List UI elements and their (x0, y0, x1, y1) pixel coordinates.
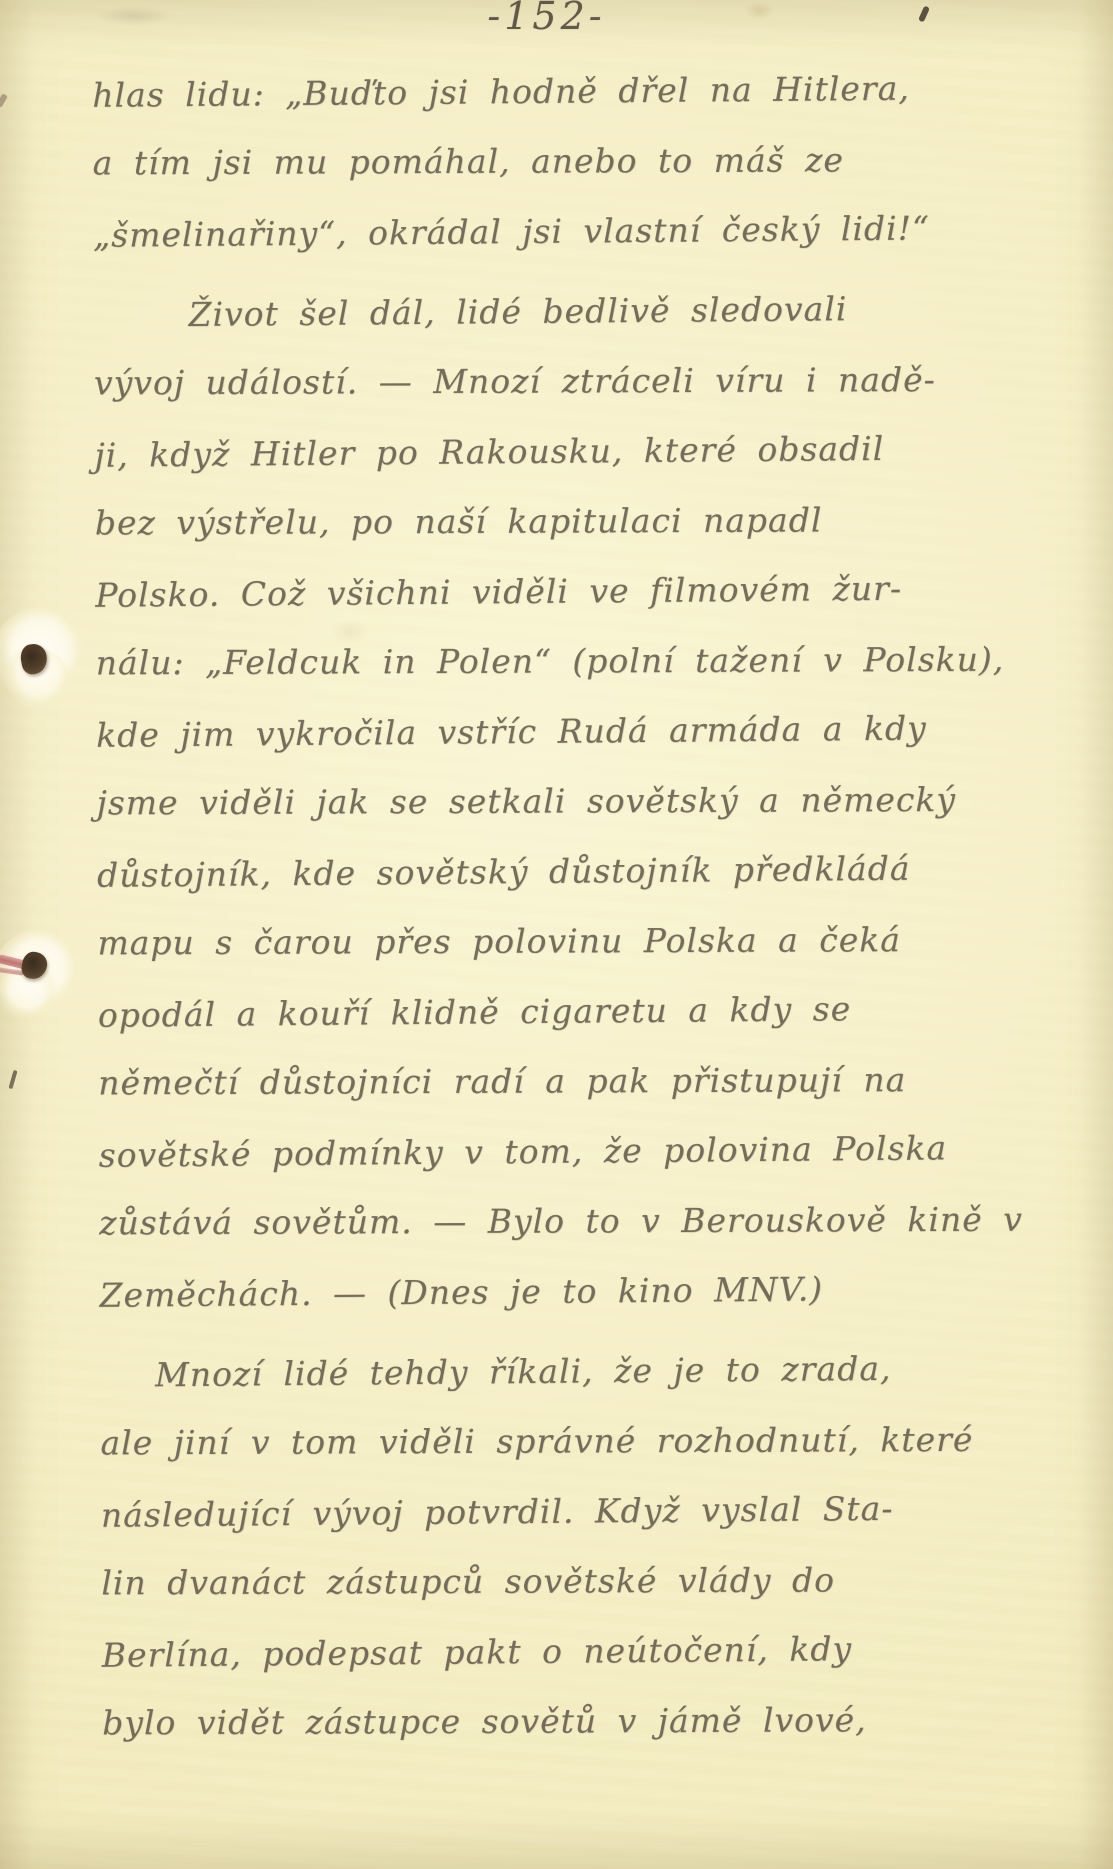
text-line: kde jim vykročila vstříc Rudá armáda a k… (96, 692, 1113, 771)
text-line: Berlína, podepsat pakt o neútočení, kdy (101, 1612, 1113, 1691)
text-line: následující vývoj potvrdil. Když vyslal … (101, 1472, 1113, 1551)
text-line: opodál a kouří klidně cigaretu a kdy se (98, 972, 1113, 1051)
text-line: Polsko. Což všichni viděli ve filmovém ž… (95, 552, 1113, 631)
text-line: sovětské podmínky v tom, že polovina Pol… (98, 1112, 1113, 1191)
text-line: ale jiní v tom viděli správné rozhodnutí… (100, 1404, 1113, 1478)
text-line: a tím jsi mu pomáhal, anebo to máš ze (92, 124, 1113, 198)
text-line: hlas lidu: „Buďto jsi hodně dřel na Hitl… (92, 52, 1113, 131)
paragraph-3: Mnozí lidé tehdy říkali, že je to zrada,… (100, 1333, 1113, 1759)
paper-stain (744, 2, 774, 20)
text-line: „šmelinařiny“, okrádal jsi vlastní český… (93, 192, 1113, 271)
text-line: mapu s čarou přes polovinu Polska a čeká (97, 904, 1113, 978)
text-line: důstojník, kde sovětský důstojník předkl… (97, 832, 1113, 911)
text-line: zůstává sovětům. — Bylo to v Berouskově … (99, 1184, 1113, 1258)
manuscript-page: -152- hlas lidu: „Buďto jsi hodně dřel n… (0, 0, 1113, 1869)
text-line: lin dvanáct zástupců sovětské vlády do (101, 1544, 1113, 1618)
handwritten-text: hlas lidu: „Buďto jsi hodně dřel na Hitl… (0, 53, 1113, 1760)
text-line: němečtí důstojníci radí a pak přistupují… (98, 1044, 1113, 1118)
text-line: jsme viděli jak se setkali sovětský a ně… (96, 764, 1113, 838)
text-line: Zeměchách. — (Dnes je to kino MNV.) (99, 1252, 1113, 1331)
paper-stain (330, 620, 370, 644)
text-line: bylo vidět zástupce sovětů v jámě lvové, (102, 1684, 1113, 1758)
text-line: bez výstřelu, po naší kapitulaci napadl (95, 484, 1113, 558)
text-line: ji, když Hitler po Rakousku, které obsad… (94, 412, 1113, 491)
text-line: vývoj událostí. — Mnozí ztráceli víru i … (94, 344, 1113, 418)
text-line: Mnozí lidé tehdy říkali, že je to zrada, (100, 1332, 1113, 1411)
paragraph-1: hlas lidu: „Buďto jsi hodně dřel na Hitl… (92, 53, 1113, 269)
text-line: Život šel dál, lidé bedlivě sledovali (93, 272, 1113, 351)
text-line: nálu: „Feldcuk in Polen“ (polní tažení v… (96, 624, 1113, 698)
paragraph-2: Život šel dál, lidé bedlivě sledovali vý… (93, 273, 1113, 1329)
paper-smudge (96, 6, 172, 26)
